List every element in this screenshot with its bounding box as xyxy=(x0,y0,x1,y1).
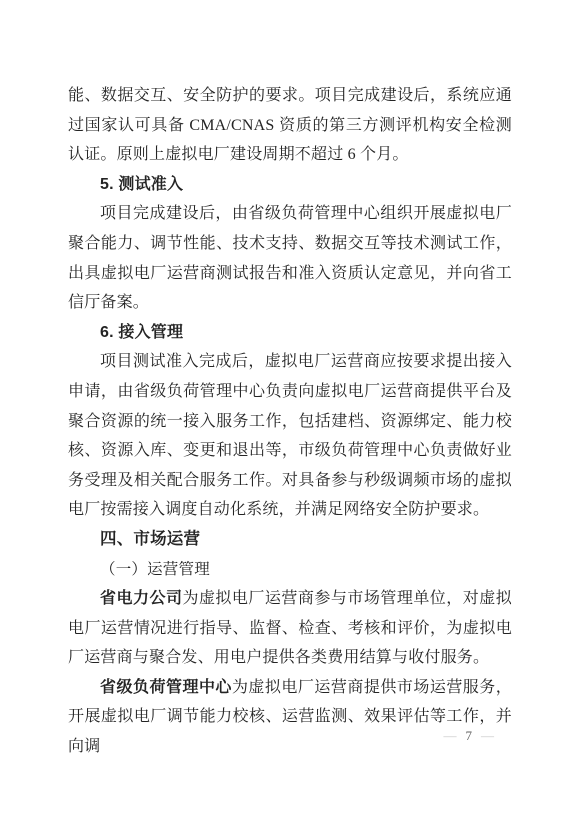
heading-chapter-4-market-operation: 四、市场运营 xyxy=(68,525,512,555)
bold-term-provincial-load-management-center: 省级负荷管理中心 xyxy=(100,679,232,696)
bold-term-provincial-power-company: 省电力公司 xyxy=(100,590,182,607)
document-body: 能、数据交互、安全防护的要求。项目完成建设后，系统应通过国家认可具备 CMA/C… xyxy=(68,81,512,762)
paragraph-test-admission: 项目完成建设后，由省级负荷管理中心组织开展虚拟电厂聚合能力、调节性能、技术支持、… xyxy=(68,199,512,317)
paragraph-continued-from-previous-page: 能、数据交互、安全防护的要求。项目完成建设后，系统应通过国家认可具备 CMA/C… xyxy=(68,81,512,170)
heading-section-1-operation-management: （一）运营管理 xyxy=(68,555,512,585)
page-number-value: 7 xyxy=(466,728,473,743)
paragraph-access-management: 项目测试准入完成后，虚拟电厂运营商应按要求提出接入申请，由省级负荷管理中心负责向… xyxy=(68,347,512,525)
document-page: 能、数据交互、安全防护的要求。项目完成建设后，系统应通过国家认可具备 CMA/C… xyxy=(0,0,580,816)
page-number-left-dash: — xyxy=(444,728,457,743)
paragraph-provincial-power-company: 省电力公司为虚拟电厂运营商参与市场管理单位，对虚拟电厂运营情况进行指导、监督、检… xyxy=(68,584,512,673)
heading-5-test-admission: 5. 测试准入 xyxy=(68,170,512,200)
page-number-right-dash: — xyxy=(481,728,494,743)
heading-6-access-management: 6. 接入管理 xyxy=(68,318,512,348)
page-number-footer: —7— xyxy=(444,728,495,744)
paragraph-provincial-load-management-center: 省级负荷管理中心为虚拟电厂运营商提供市场运营服务，开展虚拟电厂调节能力校核、运营… xyxy=(68,673,512,762)
